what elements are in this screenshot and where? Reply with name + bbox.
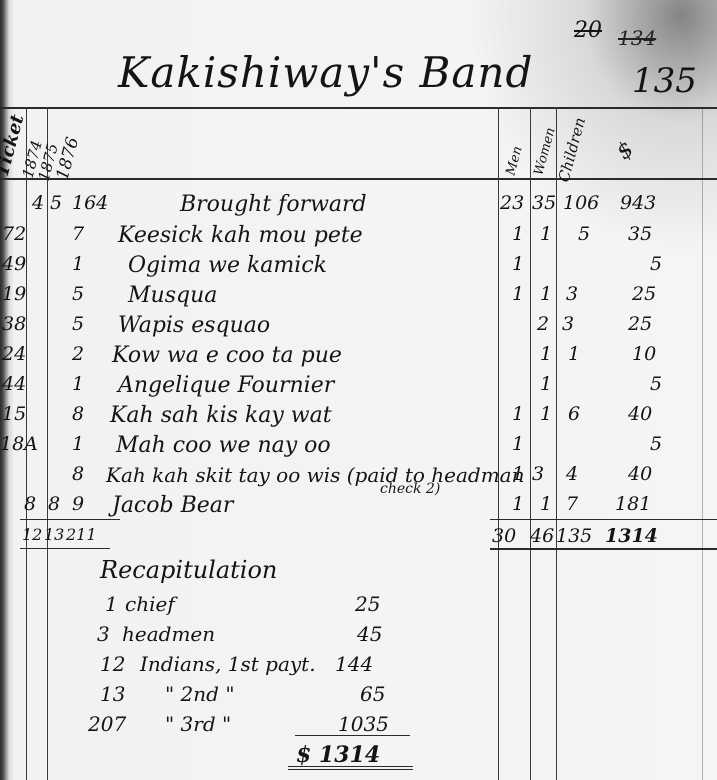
header-top-rule	[0, 107, 717, 109]
recap-double-rule-2	[288, 769, 413, 770]
recap-sum-rule	[295, 735, 410, 736]
table-row: 18A 1 Mah coo we nay oo 1 5	[0, 433, 717, 463]
col-dollars: $	[612, 137, 639, 165]
table-row: 38 5 Wapis esquao 2 3 25	[0, 313, 717, 343]
page-title: Kakishiway's Band	[118, 52, 533, 94]
recap-total: $ 1314	[296, 742, 380, 768]
table-row: 4 5 164 Brought forward 23 35 106 943	[0, 192, 717, 222]
totals-row: 12 13 211 30 46 135 1314	[0, 525, 717, 555]
header-bottom-rule	[0, 178, 717, 180]
table-row: 8 Kah kah skit tay oo wis (paid to headm…	[0, 463, 717, 493]
table-row: 19 5 Musqua 1 1 3 25	[0, 283, 717, 313]
old-page-number: 20	[574, 20, 602, 42]
table-row: 49 1 Ogima we kamick 1 5	[0, 253, 717, 283]
ledger-page: 20 134 Kakishiway's Band 135 Ticket 1874…	[0, 0, 717, 780]
recap-heading: Recapitulation	[100, 556, 277, 584]
table-row: 72 7 Keesick kah mou pete 1 1 5 35	[0, 223, 717, 253]
col-1876: 1876	[53, 135, 84, 182]
table-row: 44 1 Angelique Fournier 1 5	[0, 373, 717, 403]
col-men: Men	[504, 145, 526, 177]
old-page-number-2: 134	[618, 28, 656, 48]
col-women: Women	[532, 126, 559, 177]
table-row: 24 2 Kow wa e coo ta pue 1 1 10	[0, 343, 717, 373]
recap-double-rule-1	[288, 766, 413, 767]
table-row: 8 8 9 Jacob Bear 1 1 7 181	[0, 493, 717, 523]
col-children: Children	[555, 116, 589, 184]
page-number: 135	[632, 64, 697, 98]
table-row: 15 8 Kah sah kis kay wat 1 1 6 40	[0, 403, 717, 433]
